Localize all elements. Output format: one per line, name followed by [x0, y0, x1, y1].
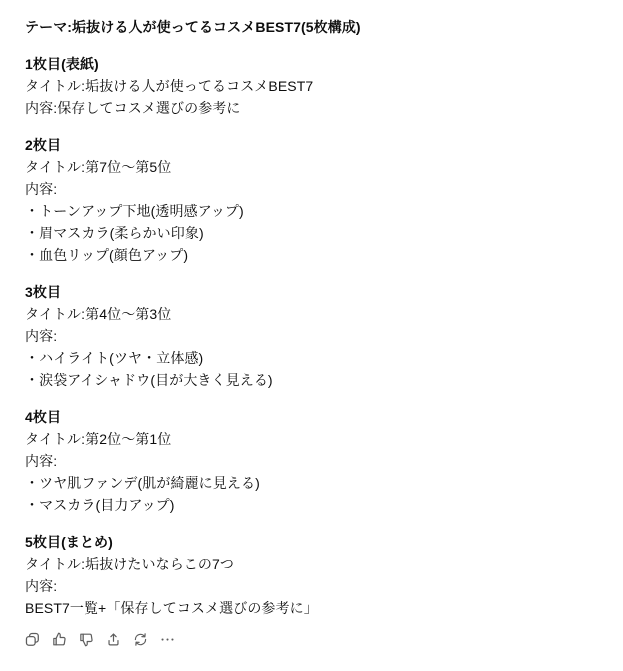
regenerate-button[interactable] [128, 627, 152, 651]
more-button[interactable] [155, 627, 179, 651]
copy-icon [24, 631, 41, 648]
section-heading: テーマ:垢抜ける人が使ってるコスメBEST7(5枚構成) [25, 16, 599, 38]
section-line: タイトル:第2位〜第1位 [25, 428, 599, 450]
section-line: 内容: [25, 178, 599, 200]
thumbs-down-icon [78, 631, 95, 648]
section-line: タイトル:第7位〜第5位 [25, 156, 599, 178]
copy-button[interactable] [20, 627, 44, 651]
thumbs-down-button[interactable] [74, 627, 98, 651]
content-section: 4枚目 タイトル:第2位〜第1位内容:・ツヤ肌ファンデ(肌が綺麗に見える)・マス… [25, 406, 599, 516]
section-line: ・ハイライト(ツヤ・立体感) [25, 347, 599, 369]
content-section: 2枚目 タイトル:第7位〜第5位内容:・トーンアップ下地(透明感アップ)・眉マス… [25, 134, 599, 266]
section-line: ・血色リップ(顔色アップ) [25, 244, 599, 266]
regenerate-icon [132, 631, 149, 648]
content-section: 1枚目(表紙) タイトル:垢抜ける人が使ってるコスメBEST7内容:保存してコス… [25, 53, 599, 119]
message-content: テーマ:垢抜ける人が使ってるコスメBEST7(5枚構成) 1枚目(表紙) タイト… [25, 16, 599, 619]
content-section: 3枚目 タイトル:第4位〜第3位内容:・ハイライト(ツヤ・立体感)・涙袋アイシャ… [25, 281, 599, 391]
content-section: テーマ:垢抜ける人が使ってるコスメBEST7(5枚構成) [25, 16, 599, 38]
section-line: BEST7一覧+「保存してコスメ選びの参考に」 [25, 597, 599, 619]
section-line: ・ツヤ肌ファンデ(肌が綺麗に見える) [25, 472, 599, 494]
more-icon [159, 631, 176, 648]
section-line: 内容: [25, 450, 599, 472]
section-line: 内容: [25, 575, 599, 597]
section-line: タイトル:垢抜ける人が使ってるコスメBEST7 [25, 75, 599, 97]
section-heading: 1枚目(表紙) [25, 53, 599, 75]
section-line: タイトル:第4位〜第3位 [25, 303, 599, 325]
section-line: タイトル:垢抜けたいならこの7つ [25, 553, 599, 575]
section-line: ・涙袋アイシャドウ(目が大きく見える) [25, 369, 599, 391]
section-line: ・トーンアップ下地(透明感アップ) [25, 200, 599, 222]
assistant-message: テーマ:垢抜ける人が使ってるコスメBEST7(5枚構成) 1枚目(表紙) タイト… [0, 0, 623, 651]
section-heading: 3枚目 [25, 281, 599, 303]
message-action-bar [20, 627, 599, 651]
section-line: 内容:保存してコスメ選びの参考に [25, 97, 599, 119]
share-button[interactable] [101, 627, 125, 651]
section-line: 内容: [25, 325, 599, 347]
content-section: 5枚目(まとめ) タイトル:垢抜けたいならこの7つ内容:BEST7一覧+「保存し… [25, 531, 599, 619]
section-line: ・眉マスカラ(柔らかい印象) [25, 222, 599, 244]
section-heading: 5枚目(まとめ) [25, 531, 599, 553]
section-line: ・マスカラ(目力アップ) [25, 494, 599, 516]
section-heading: 2枚目 [25, 134, 599, 156]
section-heading: 4枚目 [25, 406, 599, 428]
share-icon [105, 631, 122, 648]
thumbs-up-icon [51, 631, 68, 648]
thumbs-up-button[interactable] [47, 627, 71, 651]
